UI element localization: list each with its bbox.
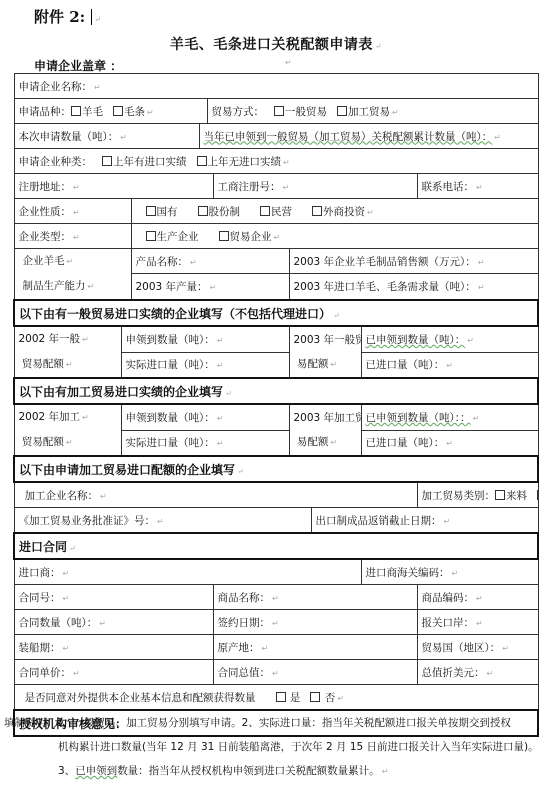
seal-label: 申请企业盖章 ：	[34, 57, 122, 74]
sign-date-field[interactable]: 签约日期：↵	[213, 610, 417, 635]
checkbox-has-import-record[interactable]	[102, 156, 112, 166]
nature-options: 国有股份制民营外商投资↵	[131, 199, 538, 224]
section-processing-apply: 以下由申请加工贸易进口配额的企业填写↵	[14, 456, 538, 482]
checkbox-joint-stock[interactable]	[198, 206, 208, 216]
text-cursor	[91, 9, 92, 25]
business-reg-field[interactable]: 工商注册号：↵	[213, 174, 417, 199]
notes-line-1: 填制说明：1、一般贸易、加工贸易分别填写申请。2、实际进口量：指当年关税配额进口…	[4, 717, 511, 729]
application-form-table: 申请企业名称：↵ 申请品种：羊毛毛条↵ 贸易方式：一般贸易加工贸易↵ 本次申请数…	[13, 73, 539, 737]
shipment-field[interactable]: 装船期：↵	[14, 635, 213, 660]
notes-line-3: 3、已申领到数量：指当年从授权机构申领到进口关税配额数量累计。↵	[4, 759, 549, 784]
general-2003-label: 2003 年一般贸 易配额↵	[289, 326, 361, 378]
origin-field[interactable]: 原产地：↵	[213, 635, 417, 660]
proc-2003-imported[interactable]: 已进口量（吨）：↵	[361, 430, 538, 456]
checkbox-production[interactable]	[146, 231, 156, 241]
importer-field[interactable]: 进口商：↵	[14, 559, 361, 585]
total-value-field[interactable]: 合同总值：↵	[213, 660, 417, 685]
checkbox-wool[interactable]	[71, 106, 81, 116]
nature-label: 企业性质：↵	[14, 199, 131, 224]
company-name-field[interactable]: 申请企业名称：↵	[14, 74, 538, 99]
permit-field[interactable]: 《加工贸易业务批准证》号：↵	[14, 508, 311, 534]
section-import-contract: 进口合同↵	[14, 533, 538, 559]
phone-field[interactable]: 联系电话：↵	[417, 174, 538, 199]
checkbox-imported-materials[interactable]	[537, 490, 538, 500]
usd-value-field[interactable]: 总值折美元：↵	[417, 660, 538, 685]
checkbox-state-owned[interactable]	[146, 206, 156, 216]
enterprise-kind-label: 企业类型：↵	[14, 224, 131, 249]
checkbox-tops[interactable]	[113, 106, 123, 116]
sales-field[interactable]: 2003 年企业羊毛制品销售额（万元）：↵	[289, 249, 538, 274]
proc-category-field: 加工贸易类别：来料进料	[417, 482, 538, 508]
checkbox-private[interactable]	[260, 206, 270, 216]
cumulative-qty-field[interactable]: 当年已申领到一般贸易（加工贸易）关税配额累计数量（吨）：↵	[199, 124, 538, 149]
unit-price-field[interactable]: 合同单价：↵	[14, 660, 213, 685]
general-2002-actual[interactable]: 实际进口量（吨）：↵	[121, 352, 289, 378]
checkbox-supplied-materials[interactable]	[495, 490, 505, 500]
checkbox-consent-no[interactable]	[310, 692, 320, 702]
notes-line-2: 机构累计进口数量(当年 12 月 31 日前装船离港，于次年 2 月 15 日前…	[4, 735, 549, 759]
checkbox-foreign-investment[interactable]	[312, 206, 322, 216]
checkbox-trading[interactable]	[219, 231, 229, 241]
proc-2003-label: 2003 年加工贸 易配额↵	[289, 404, 361, 456]
importer-customs-field[interactable]: 进口商海关编码：↵	[361, 559, 538, 585]
enterprise-kind-options: 生产企业贸易企业↵	[131, 224, 538, 249]
proc-2003-received[interactable]: 已申领到数量（吨）：：↵	[361, 404, 538, 430]
goods-name-field[interactable]: 商品名称：↵	[213, 585, 417, 610]
general-2002-label: 2002 年一般↵ 贸易配额↵	[14, 326, 121, 378]
checkbox-no-import-record[interactable]	[197, 156, 207, 166]
export-deadline-field[interactable]: 出口制成品返销截止日期：↵	[311, 508, 538, 534]
trade-mode-field: 贸易方式：一般贸易加工贸易↵	[207, 99, 538, 124]
demand-field[interactable]: 2003 年进口羊毛、毛条需求量（吨）：↵	[289, 274, 538, 300]
checkbox-general-trade[interactable]	[274, 106, 284, 116]
port-field[interactable]: 报关口岸：↵	[417, 610, 538, 635]
trade-country-field[interactable]: 贸易国（地区）：↵	[417, 635, 538, 660]
reg-address-field[interactable]: 注册地址：↵	[14, 174, 213, 199]
capacity-label: 企业羊毛↵制品生产能力↵	[14, 249, 131, 301]
filling-instructions: 填制说明：1、一般贸易、加工贸易分别填写申请。2、实际进口量：指当年关税配额进口…	[4, 711, 549, 784]
variety-field: 申请品种：羊毛毛条↵	[14, 99, 207, 124]
product-name-field[interactable]: 产品名称：↵	[131, 249, 289, 274]
general-2003-received[interactable]: 已申领到数量（吨）：↵	[361, 326, 538, 352]
proc-2002-received[interactable]: 申领到数量（吨）：↵	[121, 404, 289, 430]
attachment-label: 附件 2:↵	[34, 6, 101, 27]
checkbox-consent-yes[interactable]	[276, 692, 286, 702]
company-category-field: 申请企业种类：上年有进口实绩上年无进口实绩↵	[14, 149, 538, 174]
paragraph-mark: ↵	[285, 58, 292, 67]
contract-qty-field[interactable]: 合同数量（吨）：↵	[14, 610, 213, 635]
section-general-trade: 以下由有一般贸易进口实绩的企业填写（不包括代理进口）↵	[14, 300, 538, 326]
contract-no-field[interactable]: 合同号：↵	[14, 585, 213, 610]
apply-qty-field[interactable]: 本次申请数量（吨）：↵	[14, 124, 199, 149]
proc-2002-actual[interactable]: 实际进口量（吨）：↵	[121, 430, 289, 456]
goods-code-field[interactable]: 商品编码：↵	[417, 585, 538, 610]
general-2002-received[interactable]: 申领到数量（吨）：↵	[121, 326, 289, 352]
form-title: 羊毛、毛条进口关税配额申请表↵	[0, 34, 552, 54]
checkbox-processing-trade[interactable]	[337, 106, 347, 116]
proc-2002-label: 2002 年加工↵ 贸易配额↵	[14, 404, 121, 456]
output-field[interactable]: 2003 年产量：↵	[131, 274, 289, 300]
general-2003-imported[interactable]: 已进口量（吨）：↵	[361, 352, 538, 378]
proc-company-field[interactable]: 加工企业名称：↵	[14, 482, 417, 508]
section-processing-trade: 以下由有加工贸易进口实绩的企业填写↵	[14, 378, 538, 404]
consent-field: 是否同意对外提供本企业基本信息和配额获得数量 是 否↵	[14, 685, 538, 711]
